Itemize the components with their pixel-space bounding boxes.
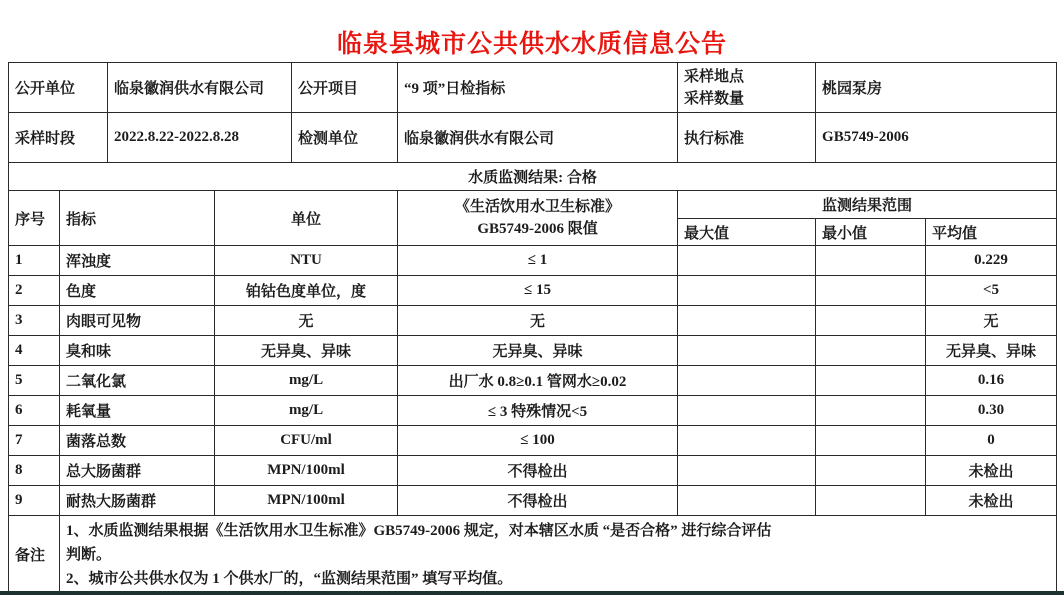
cell-max (678, 486, 816, 516)
public-unit-label: 公开单位 (9, 63, 108, 113)
standard-value: GB5749-2006 (816, 113, 1057, 163)
cell-avg: 0 (926, 426, 1057, 456)
cell-avg: 0.30 (926, 396, 1057, 426)
cell-limit: ≤ 15 (398, 276, 678, 306)
cell-no: 5 (9, 366, 60, 396)
cell-limit: 不得检出 (398, 456, 678, 486)
info-row-1: 公开单位 临泉徽润供水有限公司 公开项目 “9 项”日检指标 采样地点 采样数量… (9, 63, 1057, 113)
cell-avg: 未检出 (926, 456, 1057, 486)
remark-label: 备注 (9, 516, 60, 594)
cell-min (816, 486, 926, 516)
table-row: 9 耐热大肠菌群 MPN/100ml 不得检出 未检出 (9, 486, 1057, 516)
cell-limit: ≤ 100 (398, 426, 678, 456)
cell-indicator: 耗氧量 (60, 396, 215, 426)
cell-min (816, 366, 926, 396)
result-banner-row: 水质监测结果: 合格 (9, 163, 1057, 191)
cell-indicator: 肉眼可见物 (60, 306, 215, 336)
water-quality-table: 公开单位 临泉徽润供水有限公司 公开项目 “9 项”日检指标 采样地点 采样数量… (8, 62, 1057, 594)
table-row: 8 总大肠菌群 MPN/100ml 不得检出 未检出 (9, 456, 1057, 486)
remark-row: 备注 1、水质监测结果根据《生活饮用水卫生标准》GB5749-2006 规定，对… (9, 516, 1057, 594)
cell-limit: 无 (398, 306, 678, 336)
sampling-site-label: 采样地点 采样数量 (678, 63, 816, 113)
header-min: 最小值 (816, 219, 926, 246)
cell-avg: 0.16 (926, 366, 1057, 396)
remark-text: 1、水质监测结果根据《生活饮用水卫生标准》GB5749-2006 规定，对本辖区… (60, 516, 1057, 594)
cell-no: 9 (9, 486, 60, 516)
cell-min (816, 426, 926, 456)
table-row: 4 臭和味 无异臭、异味 无异臭、异味 无异臭、异味 (9, 336, 1057, 366)
standard-label: 执行标准 (678, 113, 816, 163)
cell-unit: mg/L (215, 366, 398, 396)
header-range-group: 监测结果范围 (678, 191, 1057, 219)
cell-unit: 无 (215, 306, 398, 336)
sampling-period-label: 采样时段 (9, 113, 108, 163)
testing-unit-label: 检测单位 (292, 113, 398, 163)
cell-min (816, 396, 926, 426)
cell-min (816, 306, 926, 336)
cell-indicator: 总大肠菌群 (60, 456, 215, 486)
result-banner: 水质监测结果: 合格 (9, 163, 1057, 191)
cell-max (678, 456, 816, 486)
cell-indicator: 菌落总数 (60, 426, 215, 456)
cell-limit: ≤ 3 特殊情况<5 (398, 396, 678, 426)
cell-avg: 无异臭、异味 (926, 336, 1057, 366)
table-row: 6 耗氧量 mg/L ≤ 3 特殊情况<5 0.30 (9, 396, 1057, 426)
header-standard-line2: GB5749-2006 限值 (404, 218, 671, 240)
cell-indicator: 臭和味 (60, 336, 215, 366)
cell-unit: MPN/100ml (215, 456, 398, 486)
cell-no: 4 (9, 336, 60, 366)
sampling-site-label-line2: 采样数量 (684, 88, 809, 110)
cell-max (678, 306, 816, 336)
header-indicator: 指标 (60, 191, 215, 246)
remark-line-3: 2、城市公共供水仅为 1 个供水厂的，“监测结果范围” 填写平均值。 (66, 567, 1050, 591)
sampling-site-label-line1: 采样地点 (684, 66, 809, 88)
cell-indicator: 色度 (60, 276, 215, 306)
cell-unit: 无异臭、异味 (215, 336, 398, 366)
public-unit-value: 临泉徽润供水有限公司 (108, 63, 292, 113)
cell-unit: mg/L (215, 396, 398, 426)
cell-min (816, 456, 926, 486)
cell-max (678, 366, 816, 396)
cell-indicator: 浑浊度 (60, 246, 215, 276)
table-row: 1 浑浊度 NTU ≤ 1 0.229 (9, 246, 1057, 276)
public-item-value: “9 项”日检指标 (398, 63, 678, 113)
header-max: 最大值 (678, 219, 816, 246)
cell-max (678, 246, 816, 276)
page-title: 临泉县城市公共供水水质信息公告 (0, 24, 1064, 60)
cell-unit: CFU/ml (215, 426, 398, 456)
cell-limit: 无异臭、异味 (398, 336, 678, 366)
info-row-2: 采样时段 2022.8.22-2022.8.28 检测单位 临泉徽润供水有限公司… (9, 113, 1057, 163)
cell-limit: ≤ 1 (398, 246, 678, 276)
cell-no: 7 (9, 426, 60, 456)
remark-line-1: 1、水质监测结果根据《生活饮用水卫生标准》GB5749-2006 规定，对本辖区… (66, 519, 1050, 543)
cell-limit: 不得检出 (398, 486, 678, 516)
cell-unit: MPN/100ml (215, 486, 398, 516)
cell-avg: 0.229 (926, 246, 1057, 276)
header-standard-line1: 《生活饮用水卫生标准》 (404, 196, 671, 218)
cell-min (816, 246, 926, 276)
cell-unit: NTU (215, 246, 398, 276)
sampling-period-value: 2022.8.22-2022.8.28 (108, 113, 292, 163)
table-row: 7 菌落总数 CFU/ml ≤ 100 0 (9, 426, 1057, 456)
cell-max (678, 396, 816, 426)
remark-line-2: 判断。 (66, 543, 1050, 567)
cell-min (816, 336, 926, 366)
cell-indicator: 耐热大肠菌群 (60, 486, 215, 516)
cell-no: 2 (9, 276, 60, 306)
cell-max (678, 276, 816, 306)
sampling-site-value: 桃园泵房 (816, 63, 1057, 113)
page: 临泉县城市公共供水水质信息公告 公开单位 临泉徽润供水有限公司 公开项目 “9 … (0, 0, 1064, 597)
cell-no: 8 (9, 456, 60, 486)
cell-no: 1 (9, 246, 60, 276)
header-avg: 平均值 (926, 219, 1057, 246)
cell-unit: 铂钴色度单位，度 (215, 276, 398, 306)
table-row: 2 色度 铂钴色度单位，度 ≤ 15 <5 (9, 276, 1057, 306)
header-no: 序号 (9, 191, 60, 246)
cell-avg: 未检出 (926, 486, 1057, 516)
cell-min (816, 276, 926, 306)
cell-indicator: 二氧化氯 (60, 366, 215, 396)
header-unit: 单位 (215, 191, 398, 246)
cell-max (678, 426, 816, 456)
header-row-1: 序号 指标 单位 《生活饮用水卫生标准》 GB5749-2006 限值 监测结果… (9, 191, 1057, 219)
cell-max (678, 336, 816, 366)
public-item-label: 公开项目 (292, 63, 398, 113)
cell-no: 3 (9, 306, 60, 336)
cell-avg: <5 (926, 276, 1057, 306)
table-row: 3 肉眼可见物 无 无 无 (9, 306, 1057, 336)
cell-no: 6 (9, 396, 60, 426)
table-row: 5 二氧化氯 mg/L 出厂水 0.8≥0.1 管网水≥0.02 0.16 (9, 366, 1057, 396)
header-standard-limit: 《生活饮用水卫生标准》 GB5749-2006 限值 (398, 191, 678, 246)
cell-avg: 无 (926, 306, 1057, 336)
cell-limit: 出厂水 0.8≥0.1 管网水≥0.02 (398, 366, 678, 396)
bottom-edge-bar (0, 591, 1064, 595)
testing-unit-value: 临泉徽润供水有限公司 (398, 113, 678, 163)
